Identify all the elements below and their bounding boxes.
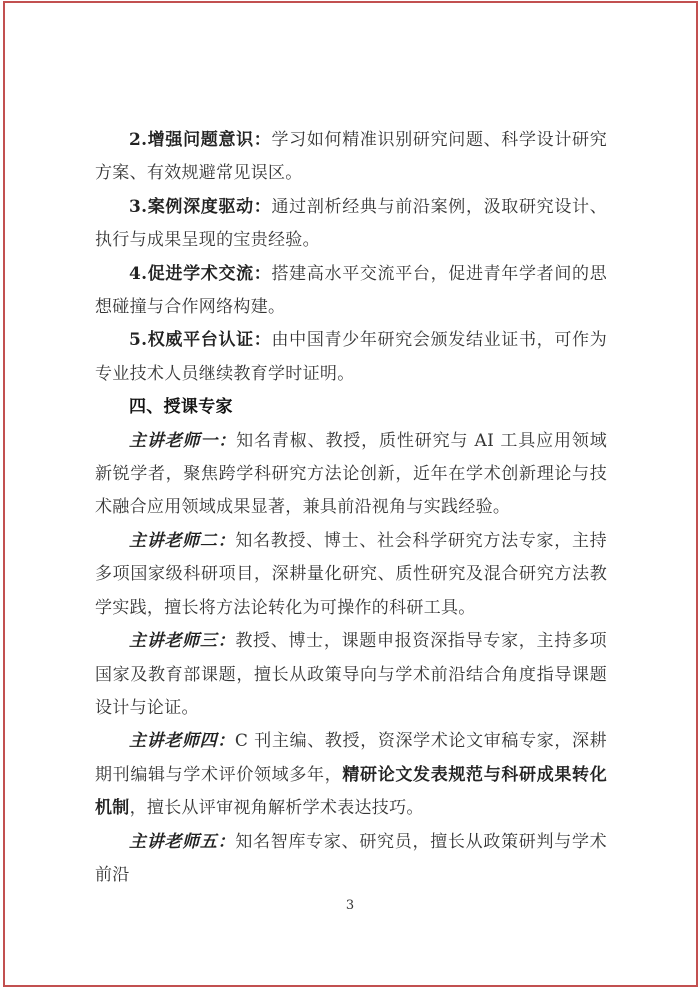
paragraph-lead: 4.促进学术交流： [129, 264, 271, 284]
paragraph-lead: 5.权威平台认证： [129, 330, 271, 350]
teacher-lead: 主讲老师四： [129, 731, 235, 751]
paragraph-benefit-4: 4.促进学术交流：搭建高水平交流平台，促进青年学者间的思想碰撞与合作网络构建。 [95, 258, 607, 325]
paragraph-benefit-5: 5.权威平台认证：由中国青少年研究会颁发结业证书，可作为专业技术人员继续教育学时… [95, 324, 607, 391]
teacher-lead: 主讲老师五： [129, 832, 235, 852]
document-body: 2.增强问题意识：学习如何精准识别研究问题、科学设计研究方案、有效规避常见误区。… [95, 124, 607, 892]
teacher-lead: 主讲老师三： [129, 631, 235, 651]
section-heading-text: 四、授课专家 [129, 397, 233, 417]
document-page: 2.增强问题意识：学习如何精准识别研究问题、科学设计研究方案、有效规避常见误区。… [0, 0, 700, 990]
teacher-lead: 主讲老师二： [129, 531, 235, 551]
paragraph-teacher-3: 主讲老师三：教授、博士，课题申报资深指导专家，主持多项国家及教育部课题，擅长从政… [95, 625, 607, 725]
paragraph-teacher-2: 主讲老师二：知名教授、博士、社会科学研究方法专家，主持多项国家级科研项目，深耕量… [95, 525, 607, 625]
page-number: 3 [0, 898, 700, 913]
teacher-body: ，擅长从评审视角解析学术表达技巧。 [130, 798, 424, 818]
paragraph-lead: 2.增强问题意识： [129, 130, 271, 150]
teacher-lead: 主讲老师一： [129, 431, 236, 451]
paragraph-lead: 3.案例深度驱动： [129, 197, 271, 217]
paragraph-benefit-2: 2.增强问题意识：学习如何精准识别研究问题、科学设计研究方案、有效规避常见误区。 [95, 124, 607, 191]
section-heading-experts: 四、授课专家 [95, 391, 607, 424]
paragraph-teacher-5: 主讲老师五：知名智库专家、研究员，擅长从政策研判与学术前沿 [95, 826, 607, 893]
paragraph-benefit-3: 3.案例深度驱动：通过剖析经典与前沿案例，汲取研究设计、执行与成果呈现的宝贵经验… [95, 191, 607, 258]
paragraph-teacher-4: 主讲老师四：C 刊主编、教授，资深学术论文审稿专家，深耕期刊编辑与学术评价领域多… [95, 725, 607, 825]
paragraph-teacher-1: 主讲老师一：知名青椒、教授，质性研究与 AI 工具应用领域新锐学者，聚焦跨学科研… [95, 425, 607, 525]
